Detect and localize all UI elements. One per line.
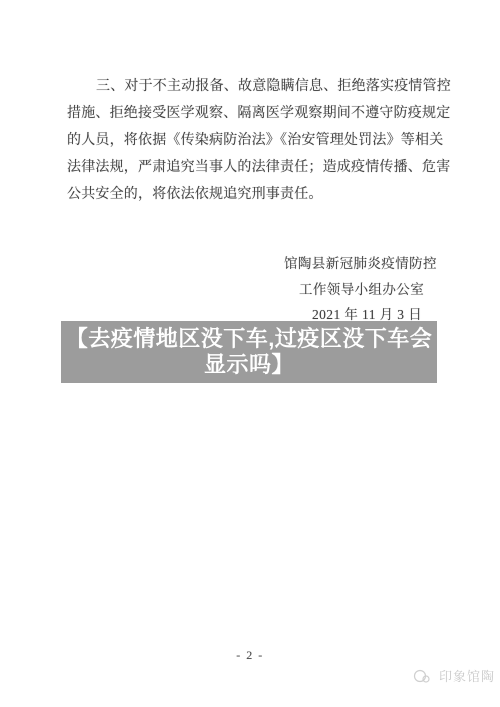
body-paragraph-line: 公共安全的，将依法依规追究刑事责任。 — [67, 181, 439, 208]
signature-org-line-2: 工作领导小组办公室 — [299, 278, 424, 298]
body-paragraph-line: 措施、拒绝接受医学观察、隔离医学观察期间不遵守防疫规定 — [67, 100, 439, 127]
watermark-brand: 印象馆陶 — [439, 666, 495, 685]
caption-line-2: 显示吗】 — [204, 352, 294, 378]
document-page: 三、对于不主动报备、故意隐瞒信息、拒绝落实疫情管控 措施、拒绝接受医学观察、隔离… — [0, 0, 500, 707]
body-paragraph-line: 的人员，将依据《传染病防治法》《治安管理处罚法》等相关 — [67, 127, 439, 154]
watermark: 印象馆陶 — [412, 666, 495, 685]
watermark-logo-icon — [412, 667, 436, 685]
signature-org-line-1: 馆陶县新冠肺炎疫情防控 — [284, 252, 437, 272]
body-paragraph-line: 三、对于不主动报备、故意隐瞒信息、拒绝落实疫情管控 — [67, 73, 439, 100]
page-number: - 2 - — [0, 648, 500, 663]
signature-date: 2021 年 11 月 3 日 — [312, 303, 422, 323]
body-paragraph-line: 法律法规，严肃追究当事人的法律责任；造成疫情传播、危害 — [67, 154, 439, 181]
body-paragraph: 三、对于不主动报备、故意隐瞒信息、拒绝落实疫情管控 措施、拒绝接受医学观察、隔离… — [67, 73, 439, 208]
caption-overlay: 【去疫情地区没下车,过疫区没下车会 显示吗】 — [61, 321, 437, 383]
caption-line-1: 【去疫情地区没下车,过疫区没下车会 — [66, 326, 433, 352]
